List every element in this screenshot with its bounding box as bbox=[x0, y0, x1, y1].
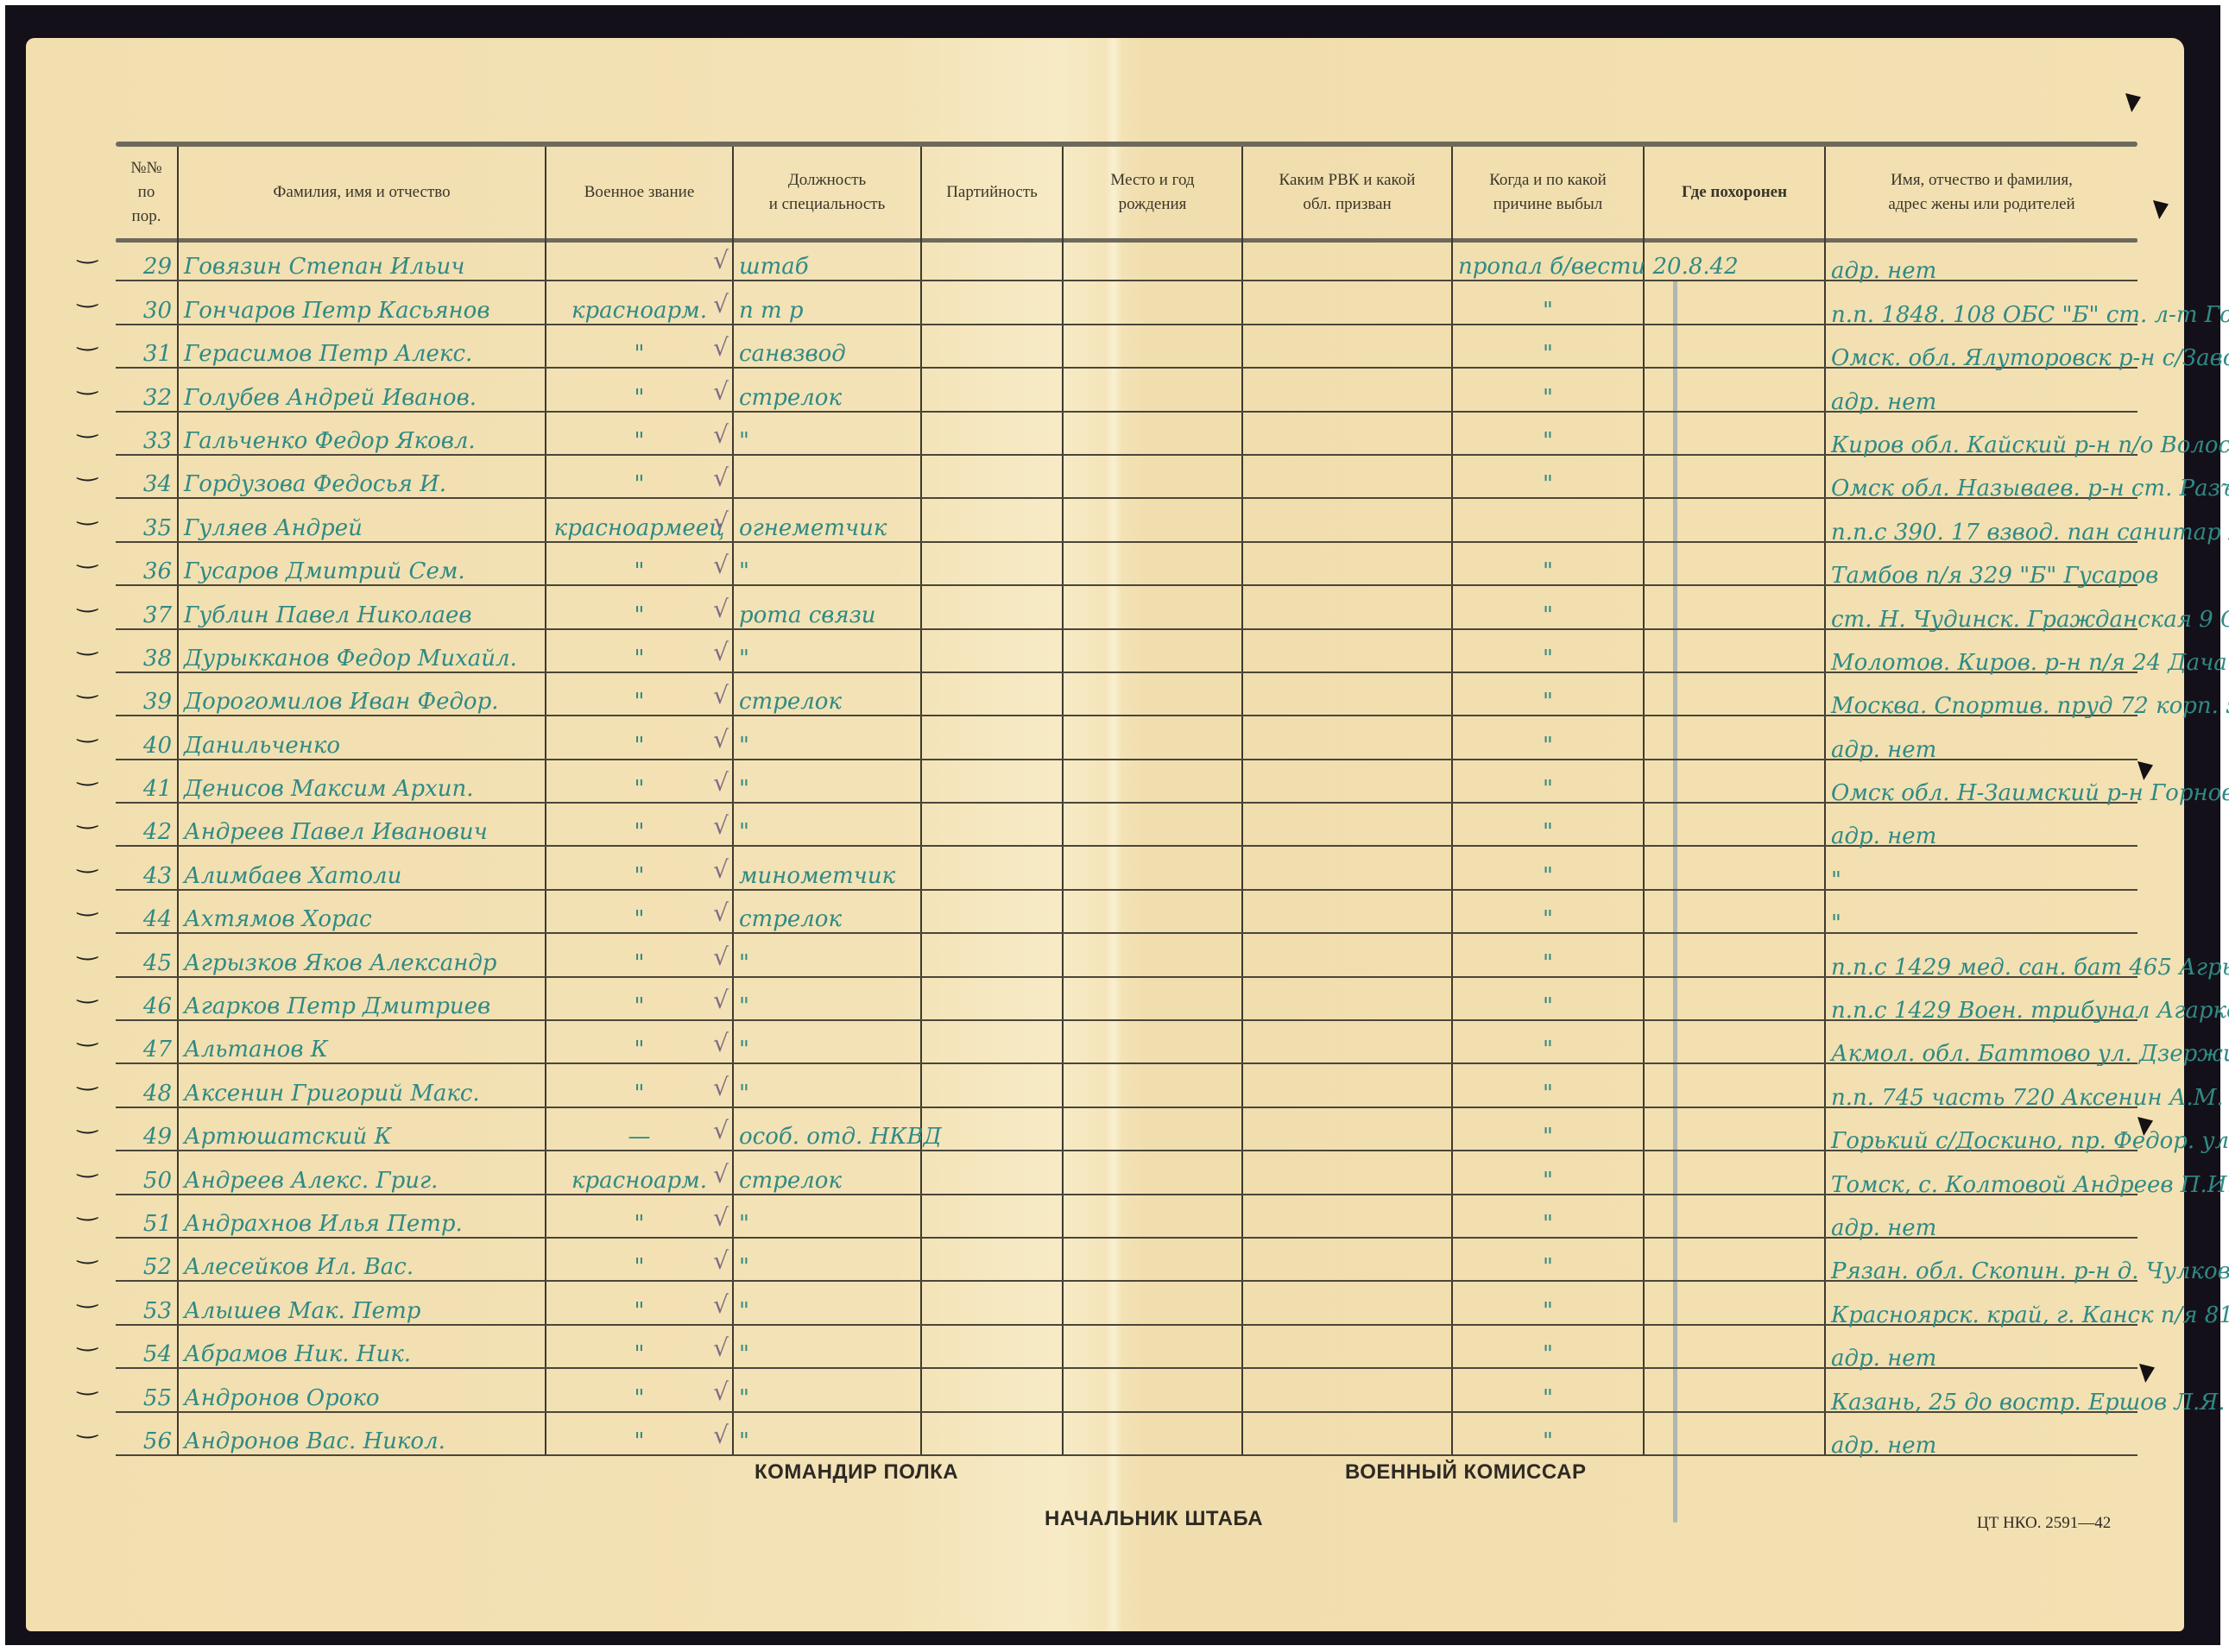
col-header-relatives-line2: адрес жены или родителей bbox=[1829, 192, 2134, 217]
burial-place bbox=[1644, 455, 1825, 498]
table-row: ‿52Алесейков Ил. Вас."√""Рязан. обл. Ско… bbox=[116, 1238, 2137, 1281]
position: " bbox=[733, 1412, 921, 1455]
departed-reason: " bbox=[1452, 1063, 1644, 1107]
full-name: Алышев Мак. Петр bbox=[178, 1281, 546, 1324]
full-name: Артюшатский К bbox=[178, 1107, 546, 1151]
margin-tick-mark: ‿ bbox=[78, 280, 98, 308]
row-number: 47 bbox=[143, 1037, 172, 1062]
party-membership bbox=[921, 933, 1063, 976]
row-number-cell: ‿34 bbox=[116, 455, 178, 498]
signature-regiment-commander: КОМАНДИР ПОЛКА bbox=[755, 1460, 958, 1485]
check-mark-icon: √ bbox=[713, 595, 729, 623]
position: " bbox=[733, 933, 921, 976]
draft-office bbox=[1242, 368, 1452, 411]
col-header-number-line1: №№ bbox=[119, 156, 174, 180]
col-header-birth-line2: рождения bbox=[1067, 192, 1238, 217]
ledger-body: ‿29Говязин Степан Ильич√штабпропал б/вес… bbox=[116, 238, 2137, 1455]
draft-office bbox=[1242, 1195, 1452, 1238]
burial-place bbox=[1644, 846, 1825, 889]
row-number-cell: ‿32 bbox=[116, 368, 178, 411]
departed-reason: " bbox=[1452, 933, 1644, 976]
row-number: 36 bbox=[143, 558, 172, 584]
military-rank: " bbox=[635, 950, 645, 976]
burial-place bbox=[1644, 890, 1825, 933]
row-number: 51 bbox=[143, 1211, 172, 1237]
margin-tick-mark: ‿ bbox=[78, 715, 98, 743]
col-header-birth-line1: Место и год bbox=[1067, 168, 1238, 192]
rank-cell: "√ bbox=[546, 1238, 733, 1281]
birth-place-year bbox=[1063, 933, 1242, 976]
military-rank: " bbox=[635, 906, 645, 932]
row-number-cell: ‿35 bbox=[116, 498, 178, 541]
burial-place bbox=[1644, 542, 1825, 585]
table-row: ‿53Алышев Мак. Петр"√""Красноярск. край,… bbox=[116, 1281, 2137, 1324]
row-number-cell: ‿49 bbox=[116, 1107, 178, 1151]
birth-place-year bbox=[1063, 1107, 1242, 1151]
military-rank: " bbox=[635, 385, 645, 411]
row-number: 53 bbox=[143, 1298, 172, 1324]
position: " bbox=[733, 760, 921, 803]
col-header-departed-line2: причине выбыл bbox=[1456, 192, 1639, 217]
party-membership bbox=[921, 760, 1063, 803]
birth-place-year bbox=[1063, 672, 1242, 716]
party-membership bbox=[921, 1368, 1063, 1411]
relatives-address: Омск обл. Называев. р-н ст. Разъезд 50 б… bbox=[1825, 455, 2137, 498]
position: " bbox=[733, 542, 921, 585]
relatives-address: п.п.с 1429 Воен. трибунал Агарков Д.В. bbox=[1825, 977, 2137, 1020]
check-mark-icon: √ bbox=[713, 1160, 729, 1189]
rank-cell: "√ bbox=[546, 977, 733, 1020]
departed-reason: " bbox=[1452, 1020, 1644, 1063]
departed-reason: " bbox=[1452, 1195, 1644, 1238]
rank-cell: "√ bbox=[546, 1195, 733, 1238]
military-rank: " bbox=[635, 1385, 645, 1411]
check-mark-icon: √ bbox=[713, 246, 729, 274]
row-number-cell: ‿46 bbox=[116, 977, 178, 1020]
burial-place bbox=[1644, 1195, 1825, 1238]
check-mark-icon: √ bbox=[713, 1029, 729, 1057]
position bbox=[733, 455, 921, 498]
party-membership bbox=[921, 629, 1063, 672]
draft-office bbox=[1242, 933, 1452, 976]
row-number: 50 bbox=[143, 1168, 172, 1194]
departed-reason: " bbox=[1452, 585, 1644, 628]
row-number: 30 bbox=[143, 298, 172, 324]
departed-reason: " bbox=[1452, 542, 1644, 585]
rank-cell: "√ bbox=[546, 760, 733, 803]
check-mark-icon: √ bbox=[713, 508, 729, 536]
margin-tick-mark: ‿ bbox=[78, 584, 98, 613]
full-name: Агарков Петр Дмитриев bbox=[178, 977, 546, 1020]
table-row: ‿55Андронов Ороко"√""Казань, 25 до востр… bbox=[116, 1368, 2137, 1411]
draft-office bbox=[1242, 1325, 1452, 1368]
margin-tick-mark: ‿ bbox=[78, 1062, 98, 1091]
birth-place-year bbox=[1063, 760, 1242, 803]
birth-place-year bbox=[1063, 585, 1242, 628]
burial-place bbox=[1644, 1412, 1825, 1455]
birth-place-year bbox=[1063, 455, 1242, 498]
position: штаб bbox=[733, 238, 921, 281]
table-row: ‿51Андрахнов Илья Петр."√""адр. нет bbox=[116, 1195, 2137, 1238]
binding-hole bbox=[2137, 761, 2153, 780]
row-number: 35 bbox=[143, 515, 172, 541]
margin-tick-mark: ‿ bbox=[78, 801, 98, 829]
full-name: Аксенин Григорий Макс. bbox=[178, 1063, 546, 1107]
party-membership bbox=[921, 1325, 1063, 1368]
birth-place-year bbox=[1063, 1020, 1242, 1063]
table-row: ‿39Дорогомилов Иван Федор."√стрелок"Моск… bbox=[116, 672, 2137, 716]
margin-tick-mark: ‿ bbox=[78, 1280, 98, 1308]
relatives-address: Киров обл. Кайский р-н п/о Волостниц. п/… bbox=[1825, 412, 2137, 455]
relatives-address: п.п.с 1429 мед. сан. бат 465 Агрызкова А… bbox=[1825, 933, 2137, 976]
relatives-address: ст. Н. Чудинск. Гражданская 9 С. Гублина bbox=[1825, 585, 2137, 628]
burial-place bbox=[1644, 1325, 1825, 1368]
row-number-cell: ‿55 bbox=[116, 1368, 178, 1411]
full-name: Абрамов Ник. Ник. bbox=[178, 1325, 546, 1368]
check-mark-icon: √ bbox=[713, 420, 729, 449]
relatives-address: " bbox=[1825, 890, 2137, 933]
rank-cell: "√ bbox=[546, 412, 733, 455]
check-mark-icon: √ bbox=[713, 986, 729, 1014]
birth-place-year bbox=[1063, 1195, 1242, 1238]
margin-tick-mark: ‿ bbox=[78, 888, 98, 917]
full-name: Андрахнов Илья Петр. bbox=[178, 1195, 546, 1238]
draft-office bbox=[1242, 846, 1452, 889]
departed-reason: " bbox=[1452, 1281, 1644, 1324]
check-mark-icon: √ bbox=[713, 333, 729, 362]
draft-office bbox=[1242, 1368, 1452, 1411]
margin-tick-mark: ‿ bbox=[78, 1018, 98, 1047]
relatives-address: адр. нет bbox=[1825, 1325, 2137, 1368]
departed-reason: " bbox=[1452, 803, 1644, 846]
burial-place bbox=[1644, 1107, 1825, 1151]
birth-place-year bbox=[1063, 977, 1242, 1020]
relatives-address: Москва. Спортив. пруд 72 корп. 5 к. 14 Б… bbox=[1825, 672, 2137, 716]
party-membership bbox=[921, 1020, 1063, 1063]
table-row: ‿29Говязин Степан Ильич√штабпропал б/вес… bbox=[116, 238, 2137, 281]
party-membership bbox=[921, 325, 1063, 368]
check-mark-icon: √ bbox=[713, 811, 729, 840]
table-row: ‿48Аксенин Григорий Макс."√""п.п. 745 ча… bbox=[116, 1063, 2137, 1107]
signature-military-commissar: ВОЕННЫЙ КОМИССАР bbox=[1345, 1460, 1586, 1485]
burial-place bbox=[1644, 281, 1825, 324]
departed-reason bbox=[1452, 498, 1644, 541]
margin-tick-mark: ‿ bbox=[78, 845, 98, 873]
military-rank: " bbox=[635, 558, 645, 584]
full-name: Дурыкканов Федор Михайл. bbox=[178, 629, 546, 672]
military-rank: " bbox=[635, 1081, 645, 1107]
draft-office bbox=[1242, 629, 1452, 672]
margin-tick-mark: ‿ bbox=[78, 758, 98, 786]
table-row: ‿50Андреев Алекс. Григ.красноарм.√стрело… bbox=[116, 1151, 2137, 1194]
position: " bbox=[733, 1238, 921, 1281]
relatives-address: адр. нет bbox=[1825, 1412, 2137, 1455]
row-number: 40 bbox=[143, 733, 172, 759]
full-name: Гусаров Дмитрий Сем. bbox=[178, 542, 546, 585]
table-row: ‿56Андронов Вас. Никол."√""адр. нет bbox=[116, 1412, 2137, 1455]
row-number: 34 bbox=[143, 471, 172, 497]
military-rank: — bbox=[628, 1124, 651, 1150]
departed-reason: " bbox=[1452, 716, 1644, 759]
birth-place-year bbox=[1063, 238, 1242, 281]
party-membership bbox=[921, 498, 1063, 541]
birth-place-year bbox=[1063, 498, 1242, 541]
departed-reason: " bbox=[1452, 1238, 1644, 1281]
draft-office bbox=[1242, 1412, 1452, 1455]
row-number-cell: ‿53 bbox=[116, 1281, 178, 1324]
party-membership bbox=[921, 412, 1063, 455]
check-mark-icon: √ bbox=[713, 899, 729, 927]
check-mark-icon: √ bbox=[713, 943, 729, 971]
col-header-relatives: Имя, отчество и фамилия, адрес жены или … bbox=[1825, 147, 2137, 238]
row-number: 45 bbox=[143, 950, 172, 976]
full-name: Голубев Андрей Иванов. bbox=[178, 368, 546, 411]
party-membership bbox=[921, 455, 1063, 498]
departed-reason: " bbox=[1452, 846, 1644, 889]
check-mark-icon: √ bbox=[713, 290, 729, 318]
full-name: Андреев Алекс. Григ. bbox=[178, 1151, 546, 1194]
position: " bbox=[733, 412, 921, 455]
check-mark-icon: √ bbox=[713, 1203, 729, 1232]
row-number-cell: ‿33 bbox=[116, 412, 178, 455]
birth-place-year bbox=[1063, 1238, 1242, 1281]
birth-place-year bbox=[1063, 368, 1242, 411]
departed-reason: " bbox=[1452, 1325, 1644, 1368]
row-number-cell: ‿37 bbox=[116, 585, 178, 628]
military-rank: красноарм. bbox=[571, 298, 707, 324]
document-page: №№ по пор. Фамилия, имя и отчество Военн… bbox=[26, 38, 2184, 1631]
row-number-cell: ‿45 bbox=[116, 933, 178, 976]
military-rank: " bbox=[635, 1037, 645, 1062]
military-rank: красноармеец bbox=[554, 515, 725, 541]
full-name: Денисов Максим Архип. bbox=[178, 760, 546, 803]
relatives-address: п.п. 745 часть 720 Аксенин А.М. bbox=[1825, 1063, 2137, 1107]
table-row: ‿42Андреев Павел Иванович"√""адр. нет bbox=[116, 803, 2137, 846]
rank-cell: —√ bbox=[546, 1107, 733, 1151]
full-name: Гончаров Петр Касьянов bbox=[178, 281, 546, 324]
burial-place bbox=[1644, 672, 1825, 716]
military-rank: " bbox=[635, 733, 645, 759]
check-mark-icon: √ bbox=[713, 638, 729, 666]
draft-office bbox=[1242, 455, 1452, 498]
row-number: 52 bbox=[143, 1254, 172, 1280]
party-membership bbox=[921, 890, 1063, 933]
check-mark-icon: √ bbox=[713, 377, 729, 406]
col-header-burial: Где похоронен bbox=[1644, 147, 1825, 238]
row-number: 37 bbox=[143, 602, 172, 628]
departed-reason: " bbox=[1452, 1412, 1644, 1455]
signature-chief-of-staff: НАЧАЛЬНИК ШТАБА bbox=[1045, 1507, 1263, 1531]
rank-cell: "√ bbox=[546, 1020, 733, 1063]
position: " bbox=[733, 1020, 921, 1063]
position: санвзвод bbox=[733, 325, 921, 368]
table-row: ‿38Дурыкканов Федор Михайл."√""Молотов. … bbox=[116, 629, 2137, 672]
party-membership bbox=[921, 1281, 1063, 1324]
position: " bbox=[733, 803, 921, 846]
departed-reason: " bbox=[1452, 672, 1644, 716]
table-row: ‿49Артюшатский К—√особ. отд. НКВД"Горьки… bbox=[116, 1107, 2137, 1151]
party-membership bbox=[921, 368, 1063, 411]
position: " bbox=[733, 1281, 921, 1324]
relatives-address: адр. нет bbox=[1825, 716, 2137, 759]
draft-office bbox=[1242, 890, 1452, 933]
row-number: 54 bbox=[143, 1341, 172, 1367]
burial-place bbox=[1644, 977, 1825, 1020]
draft-office bbox=[1242, 1107, 1452, 1151]
military-rank: " bbox=[635, 602, 645, 628]
military-rank: " bbox=[635, 1298, 645, 1324]
military-rank: " bbox=[635, 689, 645, 715]
row-number: 38 bbox=[143, 646, 172, 672]
burial-place bbox=[1644, 368, 1825, 411]
birth-place-year bbox=[1063, 1063, 1242, 1107]
position: " bbox=[733, 1063, 921, 1107]
row-number-cell: ‿38 bbox=[116, 629, 178, 672]
party-membership bbox=[921, 1107, 1063, 1151]
party-membership bbox=[921, 977, 1063, 1020]
military-rank: " bbox=[635, 1211, 645, 1237]
check-mark-icon: √ bbox=[713, 1421, 729, 1449]
relatives-address: Казань, 25 до востр. Ершов Л.Я. bbox=[1825, 1368, 2137, 1411]
row-number: 41 bbox=[143, 776, 172, 802]
row-number-cell: ‿43 bbox=[116, 846, 178, 889]
birth-place-year bbox=[1063, 846, 1242, 889]
full-name: Герасимов Петр Алекс. bbox=[178, 325, 546, 368]
row-number-cell: ‿36 bbox=[116, 542, 178, 585]
margin-tick-mark: ‿ bbox=[78, 671, 98, 699]
row-number-cell: ‿56 bbox=[116, 1412, 178, 1455]
row-number: 46 bbox=[143, 993, 172, 1019]
birth-place-year bbox=[1063, 1325, 1242, 1368]
row-number-cell: ‿52 bbox=[116, 1238, 178, 1281]
draft-office bbox=[1242, 1281, 1452, 1324]
row-number: 48 bbox=[143, 1081, 172, 1107]
row-number: 33 bbox=[143, 428, 172, 454]
birth-place-year bbox=[1063, 1281, 1242, 1324]
departed-reason: " bbox=[1452, 760, 1644, 803]
full-name: Агрызков Яков Александр bbox=[178, 933, 546, 976]
position: " bbox=[733, 629, 921, 672]
rank-cell: "√ bbox=[546, 1063, 733, 1107]
row-number-cell: ‿40 bbox=[116, 716, 178, 759]
col-header-relatives-line1: Имя, отчество и фамилия, bbox=[1829, 168, 2134, 192]
table-row: ‿33Гальченко Федор Яковл."√""Киров обл. … bbox=[116, 412, 2137, 455]
draft-office bbox=[1242, 325, 1452, 368]
relatives-address: Молотов. Киров. р-н п/я 24 Дача 115 Петр bbox=[1825, 629, 2137, 672]
full-name: Гальченко Федор Яковл. bbox=[178, 412, 546, 455]
rank-cell: √ bbox=[546, 238, 733, 281]
relatives-address: Омск. обл. Ялуторовск р-н с/Заводоуковск… bbox=[1825, 325, 2137, 368]
party-membership bbox=[921, 1063, 1063, 1107]
margin-tick-mark: ‿ bbox=[78, 410, 98, 438]
full-name: Гуляев Андрей bbox=[178, 498, 546, 541]
col-header-departed: Когда и по какой причине выбыл bbox=[1452, 147, 1644, 238]
margin-tick-mark: ‿ bbox=[78, 975, 98, 1004]
draft-office bbox=[1242, 281, 1452, 324]
draft-office bbox=[1242, 803, 1452, 846]
draft-office bbox=[1242, 1020, 1452, 1063]
row-number-cell: ‿31 bbox=[116, 325, 178, 368]
check-mark-icon: √ bbox=[713, 1116, 729, 1144]
col-header-position-line2: и специальность bbox=[737, 192, 917, 217]
position: " bbox=[733, 1195, 921, 1238]
check-mark-icon: √ bbox=[713, 725, 729, 753]
check-mark-icon: √ bbox=[713, 768, 729, 797]
burial-place bbox=[1644, 1063, 1825, 1107]
form-code: ЦТ НКО. 2591—42 bbox=[1977, 1514, 2111, 1533]
rank-cell: "√ bbox=[546, 585, 733, 628]
table-row: ‿36Гусаров Дмитрий Сем."√""Тамбов п/я 32… bbox=[116, 542, 2137, 585]
burial-place bbox=[1644, 498, 1825, 541]
col-header-birth: Место и год рождения bbox=[1063, 147, 1242, 238]
position: стрелок bbox=[733, 368, 921, 411]
full-name: Альтанов К bbox=[178, 1020, 546, 1063]
full-name: Данильченко bbox=[178, 716, 546, 759]
row-number: 31 bbox=[143, 341, 172, 367]
birth-place-year bbox=[1063, 1368, 1242, 1411]
relatives-address: Омск обл. Н-Заимский р-н Горновск с/с Го… bbox=[1825, 760, 2137, 803]
binding-hole bbox=[2139, 1364, 2155, 1383]
draft-office bbox=[1242, 760, 1452, 803]
rank-cell: "√ bbox=[546, 542, 733, 585]
table-row: ‿32Голубев Андрей Иванов."√стрелок"адр. … bbox=[116, 368, 2137, 411]
margin-tick-mark: ‿ bbox=[78, 1323, 98, 1352]
table-row: ‿43Алимбаев Хатоли"√минометчик"" bbox=[116, 846, 2137, 889]
position: " bbox=[733, 977, 921, 1020]
row-number: 43 bbox=[143, 863, 172, 889]
party-membership bbox=[921, 281, 1063, 324]
full-name: Дорогомилов Иван Федор. bbox=[178, 672, 546, 716]
military-rank: " bbox=[635, 1428, 645, 1454]
departed-reason: пропал б/вести 20.8.42 bbox=[1452, 238, 1644, 281]
draft-office bbox=[1242, 542, 1452, 585]
row-number-cell: ‿44 bbox=[116, 890, 178, 933]
relatives-address: Тамбов п/я 329 "Б" Гусаров bbox=[1825, 542, 2137, 585]
row-number: 49 bbox=[143, 1124, 172, 1150]
row-number-cell: ‿51 bbox=[116, 1195, 178, 1238]
birth-place-year bbox=[1063, 803, 1242, 846]
check-mark-icon: √ bbox=[713, 1290, 729, 1319]
col-header-position-line1: Должность bbox=[737, 168, 917, 192]
birth-place-year bbox=[1063, 542, 1242, 585]
departed-reason: " bbox=[1452, 1107, 1644, 1151]
burial-place bbox=[1644, 716, 1825, 759]
col-header-number-line3: пор. bbox=[119, 205, 174, 229]
full-name: Гублин Павел Николаев bbox=[178, 585, 546, 628]
full-name: Андреев Павел Иванович bbox=[178, 803, 546, 846]
rank-cell: "√ bbox=[546, 1368, 733, 1411]
row-number-cell: ‿54 bbox=[116, 1325, 178, 1368]
col-header-draft-line2: обл. призван bbox=[1247, 192, 1448, 217]
relatives-address: п.п.с 390. 17 взвод. пан санитар Гуляева bbox=[1825, 498, 2137, 541]
relatives-address: Рязан. обл. Скопин. р-н д. Чулково Гайда… bbox=[1825, 1238, 2137, 1281]
military-rank: " bbox=[635, 819, 645, 845]
military-rank: " bbox=[635, 1341, 645, 1367]
departed-reason: " bbox=[1452, 412, 1644, 455]
check-mark-icon: √ bbox=[713, 1378, 729, 1406]
margin-tick-mark: ‿ bbox=[78, 1150, 98, 1178]
military-rank: " bbox=[635, 341, 645, 367]
full-name: Ахтямов Хорас bbox=[178, 890, 546, 933]
position: " bbox=[733, 716, 921, 759]
draft-office bbox=[1242, 238, 1452, 281]
birth-place-year bbox=[1063, 325, 1242, 368]
check-mark-icon: √ bbox=[713, 855, 729, 884]
table-row: ‿35Гуляев Андрейкрасноармеец√огнеметчикп… bbox=[116, 498, 2137, 541]
birth-place-year bbox=[1063, 1412, 1242, 1455]
position: огнеметчик bbox=[733, 498, 921, 541]
rank-cell: "√ bbox=[546, 1412, 733, 1455]
